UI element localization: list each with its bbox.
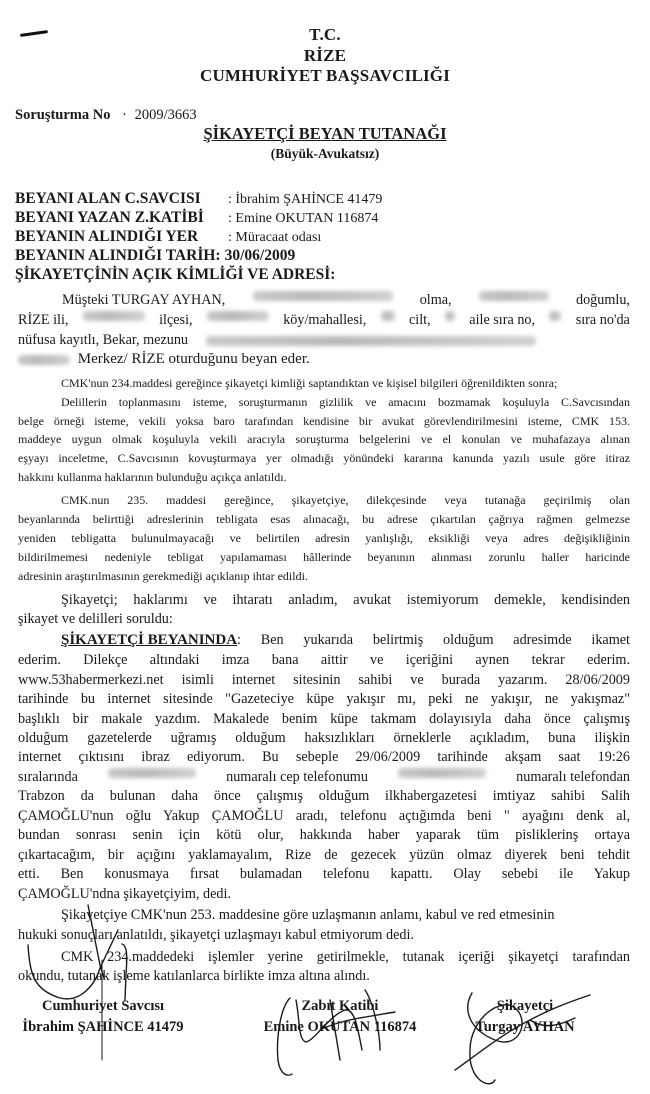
handwritten-signatures [0, 0, 650, 1094]
document-page: T.C. RİZE CUMHURİYET BAŞSAVCILIĞI Soruşt… [0, 0, 650, 1094]
